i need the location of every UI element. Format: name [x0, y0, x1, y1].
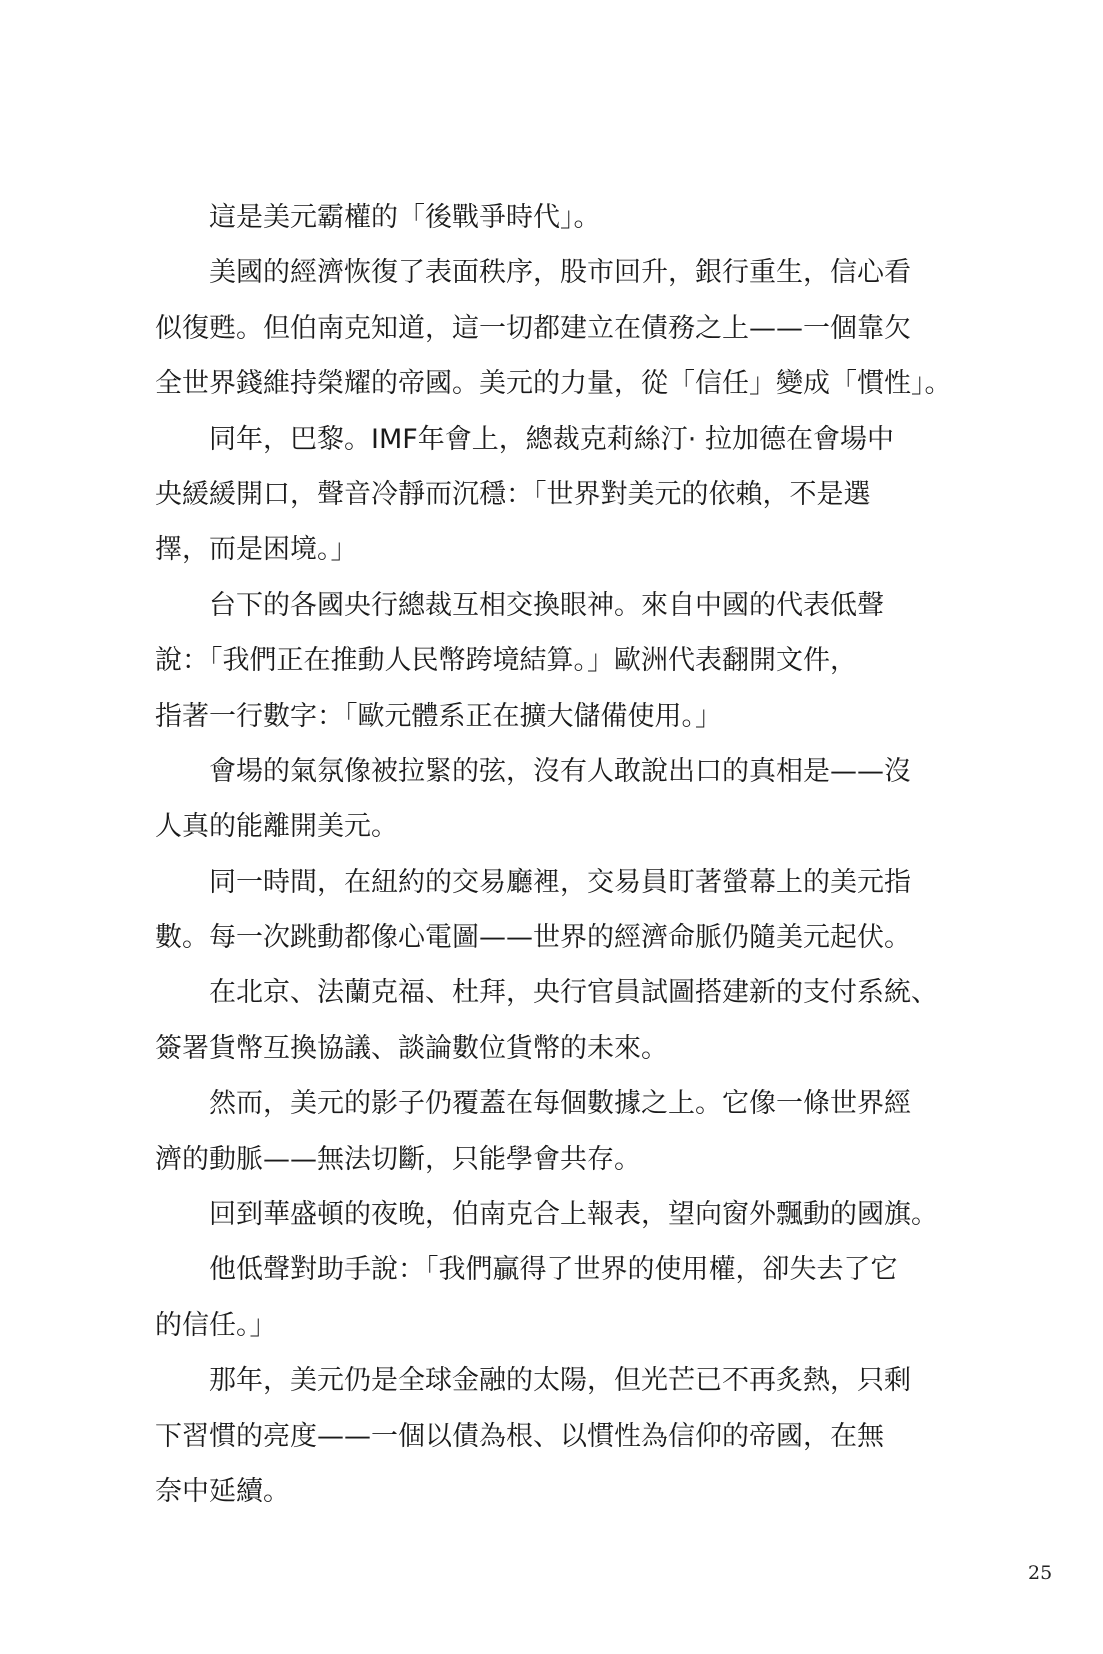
text-line: 同一時間，在紐約的交易廳裡，交易員盯著螢幕上的美元指	[155, 855, 945, 910]
text-line: 然而，美元的影子仍覆蓋在每個數據之上。它像一條世界經	[155, 1076, 945, 1131]
text-line: 說：「我們正在推動人民幣跨境結算。」歐洲代表翻開文件，	[155, 633, 945, 688]
text-line: 回到華盛頓的夜晚，伯南克合上報表，望向窗外飄動的國旗。	[155, 1187, 945, 1242]
text-line: 全世界錢維持榮耀的帝國。美元的力量，從「信任」變成「慣性」。	[155, 356, 945, 411]
text-line: 美國的經濟恢復了表面秩序，股市回升，銀行重生，信心看	[155, 245, 945, 300]
text-line: 會場的氣氛像被拉緊的弦，沒有人敢說出口的真相是——沒	[155, 744, 945, 799]
body-text: 這是美元霸權的「後戰爭時代」。 美國的經濟恢復了表面秩序，股市回升，銀行重生，信…	[155, 190, 945, 1519]
text-line: 數。每一次跳動都像心電圖——世界的經濟命脈仍隨美元起伏。	[155, 910, 945, 965]
text-line: 這是美元霸權的「後戰爭時代」。	[155, 190, 945, 245]
text-line: 在北京、法蘭克福、杜拜，央行官員試圖搭建新的支付系統、	[155, 965, 945, 1020]
text-line: 的信任。」	[155, 1298, 945, 1353]
text-line: 台下的各國央行總裁互相交換眼神。來自中國的代表低聲	[155, 578, 945, 633]
text-line: 同年，巴黎。IMF年會上，總裁克莉絲汀· 拉加德在會場中	[155, 412, 945, 467]
text-line: 他低聲對助手說：「我們贏得了世界的使用權，卻失去了它	[155, 1242, 945, 1297]
text-line: 濟的動脈——無法切斷，只能學會共存。	[155, 1132, 945, 1187]
text-line: 央緩緩開口，聲音冷靜而沉穩：「世界對美元的依賴，不是選	[155, 467, 945, 522]
text-line: 擇，而是困境。」	[155, 522, 945, 577]
text-line: 下習慣的亮度——一個以債為根、以慣性為信仰的帝國，在無	[155, 1409, 945, 1464]
text-line: 那年，美元仍是全球金融的太陽，但光芒已不再炙熱，只剩	[155, 1353, 945, 1408]
page-number: 25	[1028, 1562, 1052, 1584]
book-page: 這是美元霸權的「後戰爭時代」。 美國的經濟恢復了表面秩序，股市回升，銀行重生，信…	[0, 0, 1103, 1654]
text-line: 簽署貨幣互換協議、談論數位貨幣的未來。	[155, 1021, 945, 1076]
text-line: 奈中延續。	[155, 1464, 945, 1519]
text-line: 指著一行數字：「歐元體系正在擴大儲備使用。」	[155, 689, 945, 744]
text-line: 人真的能離開美元。	[155, 799, 945, 854]
text-line: 似復甦。但伯南克知道，這一切都建立在債務之上——一個靠欠	[155, 301, 945, 356]
